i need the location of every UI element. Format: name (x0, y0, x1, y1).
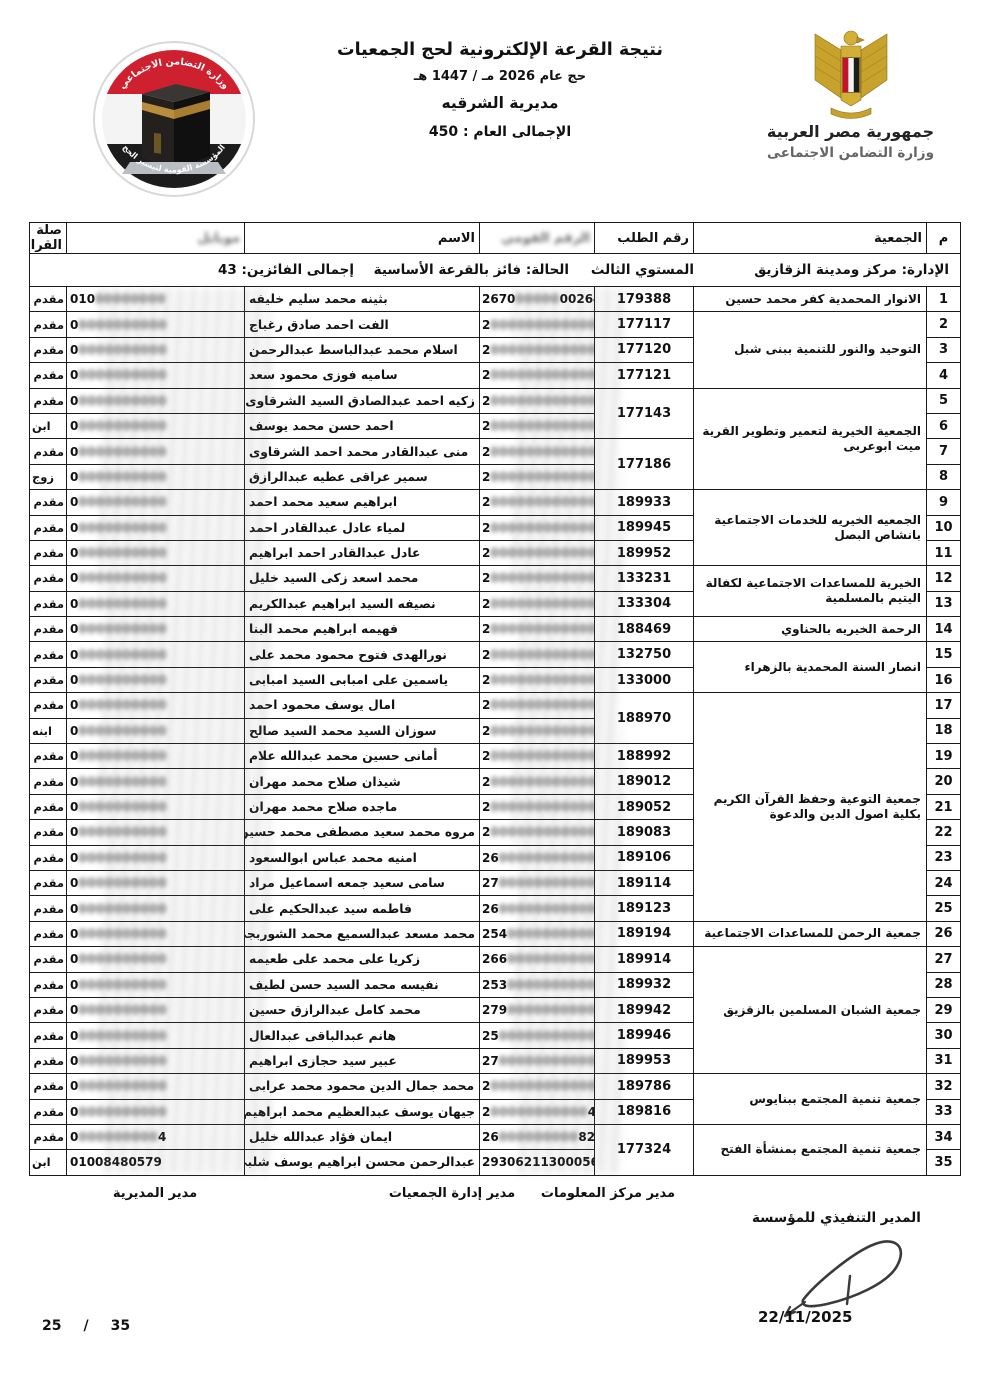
row-number: 19 (927, 744, 961, 769)
table-header-row: مالجمعيةرقم الطلبالرقم القوميالاسمموبايل… (30, 223, 961, 254)
row-number: 12 (927, 566, 961, 591)
row-number: 1 (927, 287, 961, 312)
request-number-cell: 189052 (595, 794, 694, 819)
redacted-digits: 0000000000 (78, 546, 167, 560)
redacted-digits: 0000000000000 (490, 343, 594, 357)
row-number: 25 (927, 896, 961, 921)
redacted-digits: 0000000000 (78, 394, 167, 408)
national-id-cell: 25400000000000 (480, 921, 595, 946)
request-number-cell: 189946 (595, 1023, 694, 1048)
row-number: 23 (927, 845, 961, 870)
column-header: الجمعية (694, 223, 927, 254)
redacted-digits: 0000000000 (78, 1079, 167, 1093)
row-number: 8 (927, 464, 961, 489)
national-id-cell: 27900000000000 (480, 997, 595, 1022)
relation-cell: مقدم طلب (30, 540, 67, 565)
row-number: 9 (927, 490, 961, 515)
row-number: 15 (927, 642, 961, 667)
redacted-digits: 0000000000000 (490, 445, 594, 459)
request-number-cell: 189914 (595, 947, 694, 972)
page-number: 25 / 35 (42, 1318, 130, 1334)
page-current: 25 (42, 1318, 61, 1334)
redacted-digits: 000000000000 (499, 876, 595, 890)
name-cell: زكريا على محمد على طعيمه (245, 947, 480, 972)
row-number: 33 (927, 1099, 961, 1124)
request-number-cell: 177324 (595, 1124, 694, 1175)
redacted-digits: 0000000000 (78, 952, 167, 966)
row-number: 17 (927, 693, 961, 718)
relation-cell: مقدم طلب (30, 870, 67, 895)
print-date: 22/11/2025 (758, 1308, 852, 1326)
redacted-digits: 0000000000 (78, 902, 167, 916)
request-number-cell: 189942 (595, 997, 694, 1022)
relation-cell: مقدم طلب (30, 997, 67, 1022)
request-number-cell: 189083 (595, 820, 694, 845)
redacted-digits: 0000000000 (78, 571, 167, 585)
relation-cell: مقدم طلب (30, 896, 67, 921)
name-cell: محمد اسعد زكى السيد خليل (245, 566, 480, 591)
association-cell: الرحمة الخيريه بالحناوي (694, 617, 927, 642)
request-number-cell: 177121 (595, 363, 694, 388)
mobile-cell: 00000000000 (67, 540, 245, 565)
name-cell: مروه محمد سعيد مصطفى محمد حسين (245, 820, 480, 845)
redacted-digits: 000000000 (78, 1130, 158, 1144)
relation-cell: مقدم طلب (30, 972, 67, 997)
name-cell: نورالهدى فتوح محمود محمد على (245, 642, 480, 667)
status-label: الحالة: فائز بالقرعة الأساسية (354, 262, 569, 278)
association-cell: الانوار المحمدية كفر محمد حسين (694, 287, 927, 312)
mobile-cell: 00000000000 (67, 693, 245, 718)
mobile-cell: 00000000000 (67, 464, 245, 489)
request-number-cell: 189106 (595, 845, 694, 870)
mobile-cell: 00000000000 (67, 1023, 245, 1048)
mobile-cell: 00000000000 (67, 1099, 245, 1124)
row-number: 31 (927, 1048, 961, 1073)
mobile-cell: 00000000004 (67, 1124, 245, 1149)
relation-cell: مقدم طلب (30, 845, 67, 870)
name-cell: فهيمه ابراهيم محمد البنا (245, 617, 480, 642)
name-cell: سامى سعيد جمعه اسماعيل مراد (245, 870, 480, 895)
mobile-cell: 00000000000 (67, 312, 245, 337)
name-cell: لمياء عادل عبدالقادر احمد (245, 515, 480, 540)
association-cell: جمعية التوعية وحفظ القرآن الكريم بكلية ا… (694, 693, 927, 922)
row-number: 13 (927, 591, 961, 616)
request-number-cell: 189933 (595, 490, 694, 515)
page-separator: / (83, 1318, 88, 1334)
mobile-cell: 00000000000 (67, 591, 245, 616)
request-number-cell: 189953 (595, 1048, 694, 1073)
name-cell: امنيه محمد عباس ابوالسعود (245, 845, 480, 870)
request-number-cell: 189816 (595, 1099, 694, 1124)
table-row: 14الرحمة الخيريه بالحناوي188469200000000… (30, 617, 961, 642)
name-cell: عادل عبدالقادر احمد ابراهيم (245, 540, 480, 565)
redacted-digits: 0000000000 (78, 318, 167, 332)
table-row: 17جمعية التوعية وحفظ القرآن الكريم بكلية… (30, 693, 961, 718)
row-number: 21 (927, 794, 961, 819)
redacted-digits: 0000000000 (78, 495, 167, 509)
name-cell: امال يوسف محمود احمد (245, 693, 480, 718)
redacted-digits: 000000000 (499, 1130, 579, 1144)
mobile-cell: 00000000000 (67, 413, 245, 438)
mobile-cell: 00000000000 (67, 617, 245, 642)
column-header: م (927, 223, 961, 254)
redacted-digits: 0000000000000 (490, 470, 594, 484)
redacted-digits: 0000000000 (78, 724, 167, 738)
name-cell: اسلام محمد عبدالباسط عبدالرحمن (245, 337, 480, 362)
redacted-digits: 00000000 (95, 292, 166, 306)
association-cell: جمعية تنمية المجتمع بمنشأة الفتح (694, 1124, 927, 1175)
name-cell: سمير عراقى عطيه عبدالرازق (245, 464, 480, 489)
row-number: 2 (927, 312, 961, 337)
relation-cell: مقدم طلب (30, 947, 67, 972)
name-cell: منى عبدالقادر محمد احمد الشرقاوى (245, 439, 480, 464)
redacted-digits: 0000000000 (78, 470, 167, 484)
redacted-digits: 0000000000000 (490, 495, 594, 509)
relation-cell: مقدم طلب (30, 617, 67, 642)
national-id-cell: 20000000000000 (480, 1074, 595, 1099)
relation-cell: مقدم طلب (30, 744, 67, 769)
national-id-cell: 20000000000000 (480, 540, 595, 565)
association-cell: جمعية الشبان المسلمين بالزقزيق (694, 947, 927, 1074)
national-id-cell: 20000000000000 (480, 642, 595, 667)
relation-cell: مقدم طلب (30, 591, 67, 616)
relation-cell: مقدم طلب (30, 388, 67, 413)
request-number-cell: 177186 (595, 439, 694, 490)
name-cell: شيذان صلاح محمد مهران (245, 769, 480, 794)
row-number: 18 (927, 718, 961, 743)
redacted-digits: 0000000000 (78, 1003, 167, 1017)
relation-cell: مقدم طلب (30, 820, 67, 845)
association-cell: التوحيد والنور للتنمية ببنى شبل (694, 312, 927, 388)
lottery-results-table: الإدارة: مركز ومدينة الزقازيق المستوي ال… (29, 222, 961, 1176)
association-cell: الجمعيه الخيريه للخدمات الاجتماعية بانشا… (694, 490, 927, 566)
request-number-cell: 189194 (595, 921, 694, 946)
national-id-cell: 20000000000000 (480, 718, 595, 743)
redacted-digits: 0000000000 (78, 597, 167, 611)
column-header: الاسم (245, 223, 480, 254)
republic-name: جمهورية مصر العربية (748, 122, 953, 141)
relation-cell: ابن (30, 413, 67, 438)
table-row: 2التوحيد والنور للتنمية ببنى شبل17711720… (30, 312, 961, 337)
mobile-cell: 00000000000 (67, 921, 245, 946)
redacted-digits: 0000000000000 (490, 622, 594, 636)
request-number-cell: 177120 (595, 337, 694, 362)
redacted-digits: 0000000000 (78, 825, 167, 839)
row-number: 11 (927, 540, 961, 565)
row-number: 5 (927, 388, 961, 413)
directorate-name: مديرية الشرقيه (275, 94, 725, 112)
redacted-digits: 0000000000000 (490, 521, 594, 535)
national-id-cell: 26000000000825 (480, 1124, 595, 1149)
national-id-cell: 20000000000000 (480, 769, 595, 794)
relation-cell: مقدم طلب (30, 515, 67, 540)
relation-cell: مقدم طلب (30, 667, 67, 692)
national-id-cell: 20000000000000 (480, 337, 595, 362)
redacted-digits: 0000000000000 (490, 597, 594, 611)
request-number-cell: 132750 (595, 642, 694, 667)
mobile-cell: 00000000000 (67, 337, 245, 362)
redacted-digits: 0000000000 (78, 1029, 167, 1043)
redacted-digits: 0000000000000 (490, 419, 594, 433)
redacted-digits: 0000000000 (78, 851, 167, 865)
table-row: 15انصار السنة المحمدية بالزهراء132750200… (30, 642, 961, 667)
redacted-digits: 000000000000 (499, 902, 595, 916)
relation-cell: مقدم طلب (30, 1074, 67, 1099)
redacted-digits: 0000000000 (78, 1105, 167, 1119)
information-center-manager-label: مدير مركز المعلومات (538, 1186, 678, 1201)
request-number-cell: 188992 (595, 744, 694, 769)
document-title: نتيجة القرعة الإلكترونية لحج الجمعيات (275, 40, 725, 60)
name-cell: محمد كامل عبدالرازق حسين (245, 997, 480, 1022)
table-row: 1الانوار المحمدية كفر محمد حسين179388267… (30, 287, 961, 312)
associations-dept-manager-label: مدير إدارة الجمعيات (382, 1186, 522, 1201)
redacted-digits: 00000000000 (507, 1003, 594, 1017)
request-number-cell: 133231 (595, 566, 694, 591)
national-id-cell: 26000000000000 (480, 896, 595, 921)
winners-total-label: إجمالى الفائزين: 43 (164, 262, 354, 278)
hajj-year-subtitle: حج عام 2026 مـ / 1447 هـ (275, 69, 725, 84)
redacted-digits: 0000000000 (78, 876, 167, 890)
redacted-digits: 0000000000 (78, 521, 167, 535)
redacted-digits: 0000000000 (78, 800, 167, 814)
redacted-digits: 000000000000 (499, 1054, 595, 1068)
redacted-digits: 0000000000 (78, 368, 167, 382)
row-number: 22 (927, 820, 961, 845)
association-cell: جمعية الرحمن للمساعدات الاجتماعية (694, 921, 927, 946)
name-cell: نفيسه محمد السيد حسن لطيف (245, 972, 480, 997)
relation-cell: مقدم طلب (30, 490, 67, 515)
redacted-digits: 0000000000 (78, 445, 167, 459)
redacted-digits: 00000 (515, 292, 559, 306)
mobile-cell: 00000000000 (67, 363, 245, 388)
relation-cell: زوج (30, 464, 67, 489)
national-id-cell: 27000000000000 (480, 1048, 595, 1073)
redacted-digits: 0000000000 (78, 648, 167, 662)
name-cell: احمد حسن محمد يوسف (245, 413, 480, 438)
association-cell: الخيرية للمساعدات الاجتماعية لكفالة اليت… (694, 566, 927, 617)
national-id-cell: 20000000000000 (480, 312, 595, 337)
national-id-cell: 20000000000000 (480, 515, 595, 540)
row-number: 32 (927, 1074, 961, 1099)
mobile-cell: 00000000000 (67, 667, 245, 692)
relation-cell: مقدم طلب (30, 566, 67, 591)
column-header: الرقم القومي (480, 223, 595, 254)
administration-label: الإدارة: مركز ومدينة الزقازيق (694, 262, 957, 278)
row-number: 30 (927, 1023, 961, 1048)
request-number-cell: 133000 (595, 667, 694, 692)
relation-cell: مقدم طلب (30, 1124, 67, 1149)
mobile-cell: 00000000000 (67, 845, 245, 870)
results-table-wrapper: الإدارة: مركز ومدينة الزقازيق المستوي ال… (30, 222, 961, 1176)
request-number-cell: 189012 (595, 769, 694, 794)
request-number-cell: 189123 (595, 896, 694, 921)
ministry-name: وزارة التضامن الاجتماعى (748, 145, 953, 161)
mobile-cell: 00000000000 (67, 642, 245, 667)
redacted-digits: 0000000000000 (490, 318, 594, 332)
relation-cell: مقدم طلب (30, 1099, 67, 1124)
redacted-digits: 00000000000 (490, 1105, 587, 1119)
redacted-digits: 0000000000 (78, 749, 167, 763)
redacted-digits: 00000000000 (507, 978, 594, 992)
redacted-digits: 0000000000 (78, 622, 167, 636)
request-number-cell: 189114 (595, 870, 694, 895)
name-cell: ساميه فوزى محمود سعد (245, 363, 480, 388)
row-number: 10 (927, 515, 961, 540)
mobile-cell: 01008480579 (67, 1150, 245, 1175)
egypt-eagle-icon (801, 28, 901, 120)
ministry-logo: جمهورية مصر العربية وزارة التضامن الاجتم… (748, 28, 953, 203)
mobile-cell: 01000000000 (67, 287, 245, 312)
redacted-digits: 00000000000 (507, 927, 594, 941)
request-number-cell: 188970 (595, 693, 694, 744)
redacted-digits: 0000000000000 (490, 648, 594, 662)
national-id-cell: 20000000000000 (480, 667, 595, 692)
redacted-digits: 0000000000000 (490, 394, 594, 408)
national-id-cell: 20000000000000 (480, 413, 595, 438)
redacted-digits: 0000000000000 (490, 749, 594, 763)
name-cell: ايمان فؤاد عبدالله خليل (245, 1124, 480, 1149)
redacted-digits: 000000000000 (499, 851, 595, 865)
name-cell: محمد مسعد عبدالسميع محمد الشوربجى (245, 921, 480, 946)
redacted-digits: 0000000000 (78, 927, 167, 941)
row-number: 26 (927, 921, 961, 946)
request-number-cell: 177117 (595, 312, 694, 337)
mobile-cell: 00000000000 (67, 997, 245, 1022)
row-number: 7 (927, 439, 961, 464)
row-number: 4 (927, 363, 961, 388)
request-number-cell: 189786 (595, 1074, 694, 1099)
document-page: وزارة التضامن الاجتماعي المؤسسة القومية … (0, 0, 991, 1400)
name-cell: فاطمه سيد عبدالحكيم على (245, 896, 480, 921)
request-number-cell: 133304 (595, 591, 694, 616)
name-cell: سوزان السيد محمد السيد صالح (245, 718, 480, 743)
mobile-cell: 00000000000 (67, 744, 245, 769)
name-cell: ياسمين على امبابى السيد امبابى (245, 667, 480, 692)
association-cell: انصار السنة المحمدية بالزهراء (694, 642, 927, 693)
redacted-digits: 0000000000000 (490, 724, 594, 738)
name-cell: زكيه احمد عبدالصادق السيد الشرقاوى (245, 388, 480, 413)
row-number: 16 (927, 667, 961, 692)
redacted-digits: 0000000000000 (490, 571, 594, 585)
redacted-digits: 0000000000000 (490, 800, 594, 814)
name-cell: هانم عبدالباقى عبدالعال (245, 1023, 480, 1048)
mobile-cell: 00000000000 (67, 769, 245, 794)
mobile-cell: 00000000000 (67, 439, 245, 464)
mobile-cell: 00000000000 (67, 1074, 245, 1099)
national-id-cell: 20000000000000 (480, 591, 595, 616)
name-cell: عبير سيد حجازى ابراهيم (245, 1048, 480, 1073)
national-id-cell: 20000000000000 (480, 363, 595, 388)
name-cell: عبدالرحمن محسن ابراهيم يوسف شلبى (245, 1150, 480, 1175)
national-id-cell: 20000000000000 (480, 439, 595, 464)
column-header: رقم الطلب (595, 223, 694, 254)
redacted-digits: 000000000000 (499, 1029, 595, 1043)
national-id-cell: 20000000000000 (480, 388, 595, 413)
national-id-cell: 20000000000000 (480, 490, 595, 515)
table-row: 34جمعية تنمية المجتمع بمنشأة الفتح177324… (30, 1124, 961, 1149)
national-id-cell: 20000000000000 (480, 566, 595, 591)
redacted-digits: 0000000000 (78, 698, 167, 712)
mobile-cell: 00000000000 (67, 718, 245, 743)
directorate-manager-label: مدير المديرية (95, 1186, 215, 1201)
relation-cell: ابن (30, 1150, 67, 1175)
table-row: 27جمعية الشبان المسلمين بالزقزيق18991426… (30, 947, 961, 972)
info-bar: الإدارة: مركز ومدينة الزقازيق المستوي ال… (30, 254, 961, 287)
redacted-digits: 0000000000000 (490, 546, 594, 560)
national-id-cell: 20000000000000 (480, 820, 595, 845)
mobile-cell: 00000000000 (67, 490, 245, 515)
association-cell: الجمعية الخيرية لتعمير وتطوير القرية ميت… (694, 388, 927, 490)
mobile-cell: 00000000000 (67, 820, 245, 845)
request-number-cell: 179388 (595, 287, 694, 312)
redacted-digits: 0000000000 (78, 419, 167, 433)
kaaba-emblem-icon: وزارة التضامن الاجتماعي المؤسسة القومية … (92, 40, 256, 198)
mobile-cell: 00000000000 (67, 388, 245, 413)
request-number-cell: 188469 (595, 617, 694, 642)
request-number-cell: 177143 (595, 388, 694, 439)
redacted-digits: 0000000000 (78, 1054, 167, 1068)
relation-cell: مقدم طلب (30, 642, 67, 667)
grand-total: الإجمالى العام : 450 (275, 124, 725, 140)
redacted-digits: 0000000000000 (490, 673, 594, 687)
column-header: صلة القرابه (30, 223, 67, 254)
relation-cell: مقدم طلب (30, 312, 67, 337)
name-cell: أمانى حسين محمد عبدالله علام (245, 744, 480, 769)
mobile-cell: 00000000000 (67, 896, 245, 921)
request-number-cell: 189952 (595, 540, 694, 565)
name-cell: محمد جمال الدين محمود محمد عرابى (245, 1074, 480, 1099)
relation-cell: ابنه (30, 718, 67, 743)
association-cell: جمعية تنمية المجتمع ببنايوس (694, 1074, 927, 1125)
national-id-cell: 26700000000264 (480, 287, 595, 312)
relation-cell: مقدم طلب (30, 287, 67, 312)
mobile-cell: 00000000000 (67, 870, 245, 895)
redacted-digits: 0000000000000 (490, 825, 594, 839)
request-number-cell: 189932 (595, 972, 694, 997)
table-row: 32جمعية تنمية المجتمع ببنايوس18978620000… (30, 1074, 961, 1099)
name-cell: جيهان يوسف عبدالعظيم محمد ابراهيم (245, 1099, 480, 1124)
request-number-cell: 189945 (595, 515, 694, 540)
mobile-cell: 00000000000 (67, 566, 245, 591)
national-id-cell: 25300000000000 (480, 972, 595, 997)
mobile-cell: 00000000000 (67, 947, 245, 972)
relation-cell: مقدم طلب (30, 769, 67, 794)
row-number: 35 (927, 1150, 961, 1175)
national-id-cell: 20000000000000 (480, 693, 595, 718)
redacted-digits: 0000000000 (78, 673, 167, 687)
row-number: 14 (927, 617, 961, 642)
redacted-digits: 0000000000000 (490, 775, 594, 789)
row-number: 27 (927, 947, 961, 972)
table-row: 5الجمعية الخيرية لتعمير وتطوير القرية مي… (30, 388, 961, 413)
redacted-digits: 0000000000000 (490, 368, 594, 382)
row-number: 6 (927, 413, 961, 438)
national-id-cell: 20000000000000 (480, 617, 595, 642)
row-number: 34 (927, 1124, 961, 1149)
mobile-cell: 00000000000 (67, 972, 245, 997)
level-label: المستوي الثالث (569, 262, 694, 278)
page-total: 35 (111, 1318, 130, 1334)
name-cell: ابراهيم سعيد محمد احمد (245, 490, 480, 515)
table-row: 9الجمعيه الخيريه للخدمات الاجتماعية بانش… (30, 490, 961, 515)
national-id-cell: 20000000000000 (480, 794, 595, 819)
row-number: 20 (927, 769, 961, 794)
table-row: 26جمعية الرحمن للمساعدات الاجتماعية18919… (30, 921, 961, 946)
national-id-cell: 20000000000000 (480, 464, 595, 489)
national-id-cell: 20000000000041 (480, 1099, 595, 1124)
table-row: 12الخيرية للمساعدات الاجتماعية لكفالة ال… (30, 566, 961, 591)
row-number: 24 (927, 870, 961, 895)
